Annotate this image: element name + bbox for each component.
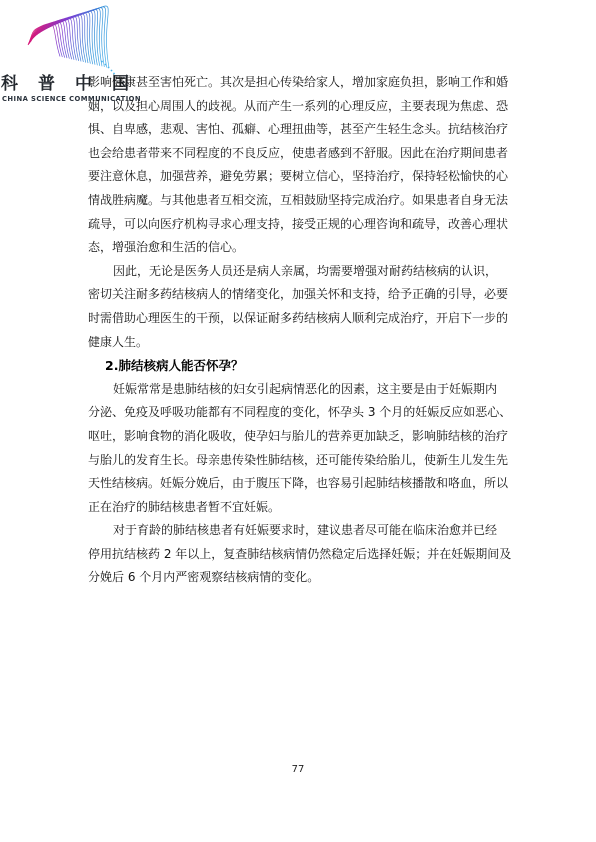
text-line: 对于育龄的肺结核患者有妊娠要求时，建议患者尽可能在临床治愈并已经 xyxy=(88,519,518,543)
document-body: 影响健康甚至害怕死亡。其次是担心传染给家人，增加家庭负担，影响工作和婚姻，以及担… xyxy=(88,71,518,590)
text-line: 也会给患者带来不同程度的不良反应，使患者感到不舒服。因此在治疗期间患者 xyxy=(88,142,518,166)
text-line: 要注意休息，加强营养，避免劳累；要树立信心，坚持治疗，保持轻松愉快的心 xyxy=(88,165,518,189)
text-line: 分泌、免疫及呼吸功能都有不同程度的变化，怀孕头 3 个月的妊娠反应如恶心、 xyxy=(88,401,518,425)
text-line: 态，增强治愈和生活的信心。 xyxy=(88,236,518,260)
text-line: 与胎儿的发育生长。母亲患传染性肺结核，还可能传染给胎儿，使新生儿发生先 xyxy=(88,449,518,473)
text-line: 姻，以及担心周围人的歧视。从而产生一系列的心理反应，主要表现为焦虑、恐 xyxy=(88,95,518,119)
text-line: 时需借助心理医生的干预，以保证耐多药结核病人顺利完成治疗，开启下一步的 xyxy=(88,307,518,331)
text-line: 情战胜病魔。与其他患者互相交流，互相鼓励坚持完成治疗。如果患者自身无法 xyxy=(88,189,518,213)
text-line: 惧、自卑感，悲观、害怕、孤癖、心理扭曲等，甚至产生轻生念头。抗结核治疗 xyxy=(88,118,518,142)
text-line: 影响健康甚至害怕死亡。其次是担心传染给家人，增加家庭负担，影响工作和婚 xyxy=(88,71,518,95)
text-line: 正在治疗的肺结核患者暂不宜妊娠。 xyxy=(88,496,518,520)
text-line: 妊娠常常是患肺结核的妇女引起病情恶化的因素，这主要是由于妊娠期内 xyxy=(88,378,518,402)
text-line: 密切关注耐多药结核病人的情绪变化，加强关怀和支持，给予正确的引导，必要 xyxy=(88,283,518,307)
section-heading: 2.肺结核病人能否怀孕？ xyxy=(88,354,518,378)
document-page: 科普中国 CHINA SCIENCE COMMUNICATION 影响健康甚至害… xyxy=(0,0,596,842)
text-line: 天性结核病。妊娠分娩后，由于腹压下降，也容易引起肺结核播散和咯血，所以 xyxy=(88,472,518,496)
text-line: 因此，无论是医务人员还是病人亲属，均需要增强对耐药结核病的认识， xyxy=(88,260,518,284)
page-number: 77 xyxy=(0,764,596,775)
text-line: 疏导，可以向医疗机构寻求心理支持，接受正规的心理咨询和疏导，改善心理状 xyxy=(88,213,518,237)
text-line: 呕吐，影响食物的消化吸收，使孕妇与胎儿的营养更加缺乏，影响肺结核的治疗 xyxy=(88,425,518,449)
text-line: 停用抗结核药 2 年以上，复查肺结核病情仍然稳定后选择妊娠；并在妊娠期间及 xyxy=(88,543,518,567)
logo-swoosh-icon xyxy=(24,4,116,80)
text-line: 分娩后 6 个月内严密观察结核病情的变化。 xyxy=(88,566,518,590)
text-line: 健康人生。 xyxy=(88,331,518,355)
